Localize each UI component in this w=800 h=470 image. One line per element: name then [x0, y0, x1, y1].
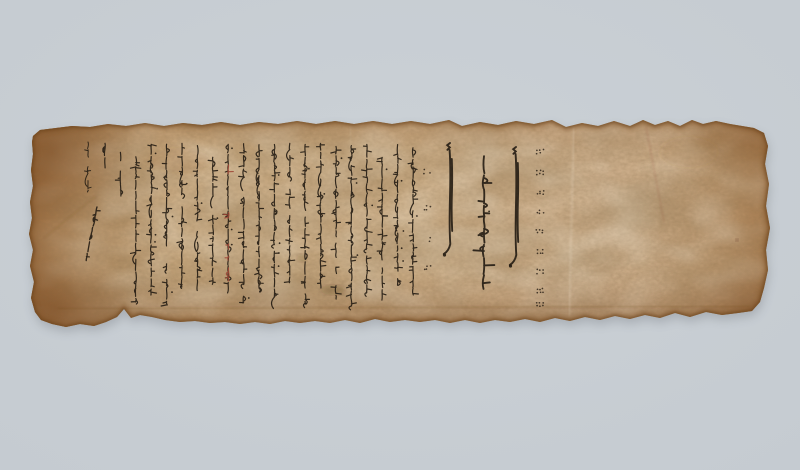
manuscript-photograph [0, 0, 800, 470]
paper-texture-overlay [25, 113, 775, 333]
manuscript-photo-canvas [0, 0, 800, 470]
